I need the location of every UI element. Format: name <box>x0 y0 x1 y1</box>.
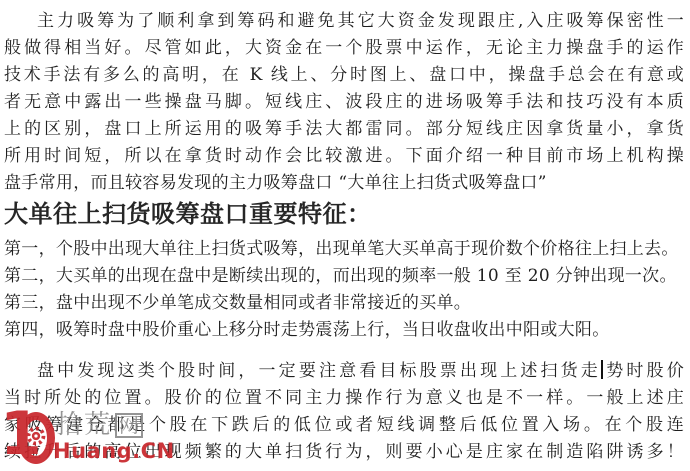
feature-list: 第一，个股中出现大单往上扫货式吸筹，出现单笔大买单高于现价数个价格往上扫上去。 … <box>4 236 684 344</box>
paragraph-line: 续拉升后的高位出现频繁的大单扫货行为，则要小心是庄家在制造陷阱诱多！ <box>4 439 684 466</box>
paragraph-line: 盘手常用，而且较容易发现的主力吸筹盘口 “大单往上扫货式吸筹盘口” <box>4 170 684 197</box>
text-after-cursor: 势时股价 <box>603 361 684 381</box>
paragraph-line: 所用时间短，所以在拿货时动作会比较激进。下面介绍一种目前市场上机构操 <box>4 143 684 170</box>
feature-item-4: 第四，吸筹时盘中股价重心上移分时走势震荡上行，当日收盘收出中阳或大阳。 <box>4 317 684 344</box>
paragraph-line: 般做得相当好。尽管如此，大资金在一个股票中运作，无论主力操盘手的运作 <box>4 35 684 62</box>
feature-item-2: 第二，大买单的出现在盘中是断续出现的，而出现的频率一般 10 至 20 分钟出现… <box>4 263 684 290</box>
text-before-cursor: 盘中发现这类个股时间，一定要注意看目标股票出现上述扫货走 <box>37 361 601 381</box>
paragraph-line: 者无意中露出一些操盘马脚。短线庄、波段庄的进场吸筹手法和技巧没有本质 <box>4 89 684 116</box>
feature-item-1: 第一，个股中出现大单往上扫货式吸筹，出现单笔大买单高于现价数个价格往上扫上去。 <box>4 236 684 263</box>
section-heading: 大单往上扫货吸筹盘口重要特征： <box>4 199 684 229</box>
feature-item-3: 第三，盘中出现不少单笔成交数量相同或者非常接近的买单。 <box>4 290 684 317</box>
paragraph-1: 主力吸筹为了顺利拿到筹码和避免其它大资金发现跟庄,入庄吸筹保密性一 般做得相当好… <box>4 8 684 197</box>
paragraph-2: 盘中发现这类个股时间，一定要注意看目标股票出现上述扫货走势时股价 当时所处的位置… <box>4 358 684 466</box>
paragraph-line: 技术手法有多么的高明，在 K 线上、分时图上、盘口中，操盘手总会在有意或 <box>4 62 684 89</box>
paragraph-line: 当时所处的位置。股价的位置不同主力操作行为意义也是不一样。一般上述庄 <box>4 385 684 412</box>
paragraph-line: 家吸筹建仓都是个股在下跌后的低位或者短线调整后低位置入场。在个股连 <box>4 412 684 439</box>
paragraph-line: 上的区别，盘口上所运用的吸筹手法大都雷同。部分短线庄因拿货量小，拿货 <box>4 116 684 143</box>
document-page[interactable]: 主力吸筹为了顺利拿到筹码和避免其它大资金发现跟庄,入庄吸筹保密性一 般做得相当好… <box>0 0 690 471</box>
paragraph-line-with-cursor: 盘中发现这类个股时间，一定要注意看目标股票出现上述扫货走势时股价 <box>4 358 684 385</box>
paragraph-line: 主力吸筹为了顺利拿到筹码和避免其它大资金发现跟庄,入庄吸筹保密性一 <box>4 8 684 35</box>
